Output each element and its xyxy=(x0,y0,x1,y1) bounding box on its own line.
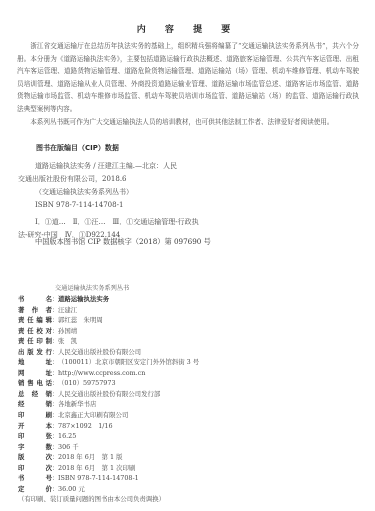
summary-paragraph: 本系列丛书既可作为广大交通运输执法人员的培训教材，也可供其他法制工作者、法律爱好… xyxy=(17,116,359,129)
cip-line: 道路运输执法实务 / 汪建江主编.—北京：人民 xyxy=(18,160,258,173)
colophon-label: 经销 xyxy=(18,399,52,410)
colophon-label: 地址 xyxy=(18,357,52,368)
colophon-value: 人民交通出版社股份有限公司 xyxy=(58,347,141,358)
colophon-label: 责任校对 xyxy=(18,326,52,337)
colophon-value: 张 凯 xyxy=(58,336,77,347)
cip-data: 道路运输执法实务 / 汪建江主编.—北京：人民 交通出版社股份有限公司，2018… xyxy=(18,160,258,242)
colophon-row-author: 著作者：汪建江 xyxy=(18,305,358,316)
cip-line: Ⅰ．①道… Ⅱ．①汪… Ⅲ．①交通运输管理-行政执 xyxy=(18,216,258,229)
colophon-value: 306 千 xyxy=(58,442,79,453)
colophon-row-word-count: 字数：306 千 xyxy=(18,442,358,453)
summary-body: 浙江省交通运输厅在总结历年执法实务的基础上，组织精兵强将编纂了“交通运输执法实务… xyxy=(17,40,359,128)
colophon-value: 各地新华书店 xyxy=(58,399,96,410)
colophon-row-phone: 销售电话：（010）59757973 xyxy=(18,378,358,389)
cip-title: 图书在版编目（CIP）数据 xyxy=(36,143,119,153)
colophon-value: 道路运输执法实务 xyxy=(58,294,109,305)
colophon-label: 字数 xyxy=(18,442,52,453)
colophon-row-general-distributor: 总经销：人民交通出版社股份有限公司发行部 xyxy=(18,389,358,400)
colophon-label: 印刷 xyxy=(18,410,52,421)
colophon-row-editor: 责任编辑：郭红蕊 朱明周 xyxy=(18,315,358,326)
colophon-value: （010）59757973 xyxy=(58,378,116,389)
cip-line: ISBN 978-7-114-14708-1 xyxy=(18,199,258,212)
colophon-row-proofreader: 责任校对：孙国靖 xyxy=(18,326,358,337)
colophon-label: 总经销 xyxy=(18,389,52,400)
colophon-label: 网址 xyxy=(18,368,52,379)
colophon-row-printer: 印刷：北京鑫正大印刷有限公司 xyxy=(18,410,358,421)
series-name: 交通运输执法实务系列丛书 xyxy=(55,283,129,292)
summary-title: 内 容 提 要 xyxy=(0,22,375,35)
colophon-row-website: 网址：http://www.ccpress.com.cn xyxy=(18,368,358,379)
colophon-label: 书号 xyxy=(18,473,52,484)
colophon-value: 北京鑫正大印刷有限公司 xyxy=(58,410,128,421)
colophon-label: 印张 xyxy=(18,431,52,442)
colophon: 书名：道路运输执法实务 著作者：汪建江 责任编辑：郭红蕊 朱明周 责任校对：孙国… xyxy=(18,294,358,505)
colophon-value: 16.25 xyxy=(58,431,76,442)
colophon-row-address: 地址：（100011）北京市朝阳区安定门外外馆斜街 3 号 xyxy=(18,357,358,368)
colophon-value: 2018 年 6月 第 1 版 xyxy=(58,452,122,463)
colophon-label: 书名 xyxy=(18,294,52,305)
cip-line: 交通出版社股份有限公司，2018.6 xyxy=(18,173,258,186)
colophon-row-publisher: 出版发行：人民交通出版社股份有限公司 xyxy=(18,347,358,358)
colophon-label: 责任印制 xyxy=(18,336,52,347)
colophon-label: 版次 xyxy=(18,452,52,463)
colophon-row-format: 开本：787×1092 1/16 xyxy=(18,421,358,432)
quality-note: （有印刷、装订质量问题的图书由本公司负责调换） xyxy=(18,494,358,505)
colophon-row-title: 书名：道路运输执法实务 xyxy=(18,294,358,305)
colophon-value: 汪建江 xyxy=(58,305,77,316)
colophon-label: 印次 xyxy=(18,463,52,474)
summary-paragraph: 浙江省交通运输厅在总结历年执法实务的基础上，组织精兵强将编纂了“交通运输执法实务… xyxy=(17,40,359,116)
colophon-row-distributor: 经销：各地新华书店 xyxy=(18,399,358,410)
colophon-value: ISBN 978-7-114-14708-1 xyxy=(58,473,139,484)
colophon-row-isbn: 书号：ISBN 978-7-114-14708-1 xyxy=(18,473,358,484)
colophon-label: 定价 xyxy=(18,484,52,495)
colophon-label: 销售电话 xyxy=(18,378,52,389)
colophon-value: 人民交通出版社股份有限公司发行部 xyxy=(58,389,160,400)
colophon-row-print-supervisor: 责任印制：张 凯 xyxy=(18,336,358,347)
colophon-value: （100011）北京市朝阳区安定门外外馆斜街 3 号 xyxy=(58,357,199,368)
cip-record-number: 中国版本图书馆 CIP 数据核字（2018）第 097690 号 xyxy=(35,237,211,247)
colophon-label: 责任编辑 xyxy=(18,315,52,326)
copyright-page: 内 容 提 要 浙江省交通运输厅在总结历年执法实务的基础上，组织精兵强将编纂了“… xyxy=(0,0,375,511)
colophon-row-price: 定价：36.00 元 xyxy=(18,484,358,495)
colophon-row-sheets: 印张：16.25 xyxy=(18,431,358,442)
colophon-value: http://www.ccpress.com.cn xyxy=(58,368,145,379)
colophon-value: 36.00 元 xyxy=(58,484,85,495)
colophon-label: 著作者 xyxy=(18,305,52,316)
colophon-row-edition: 版次：2018 年 6月 第 1 版 xyxy=(18,452,358,463)
colophon-label: 出版发行 xyxy=(18,347,52,358)
colophon-value: 郭红蕊 朱明周 xyxy=(58,315,103,326)
colophon-value: 孙国靖 xyxy=(58,326,77,337)
colophon-value: 787×1092 1/16 xyxy=(58,421,113,432)
colophon-label: 开本 xyxy=(18,421,52,432)
cip-line: （交通运输执法实务系列丛书） xyxy=(18,186,258,199)
colophon-value: 2018 年 6月 第 1 次印刷 xyxy=(58,463,135,474)
colophon-row-printing: 印次：2018 年 6月 第 1 次印刷 xyxy=(18,463,358,474)
